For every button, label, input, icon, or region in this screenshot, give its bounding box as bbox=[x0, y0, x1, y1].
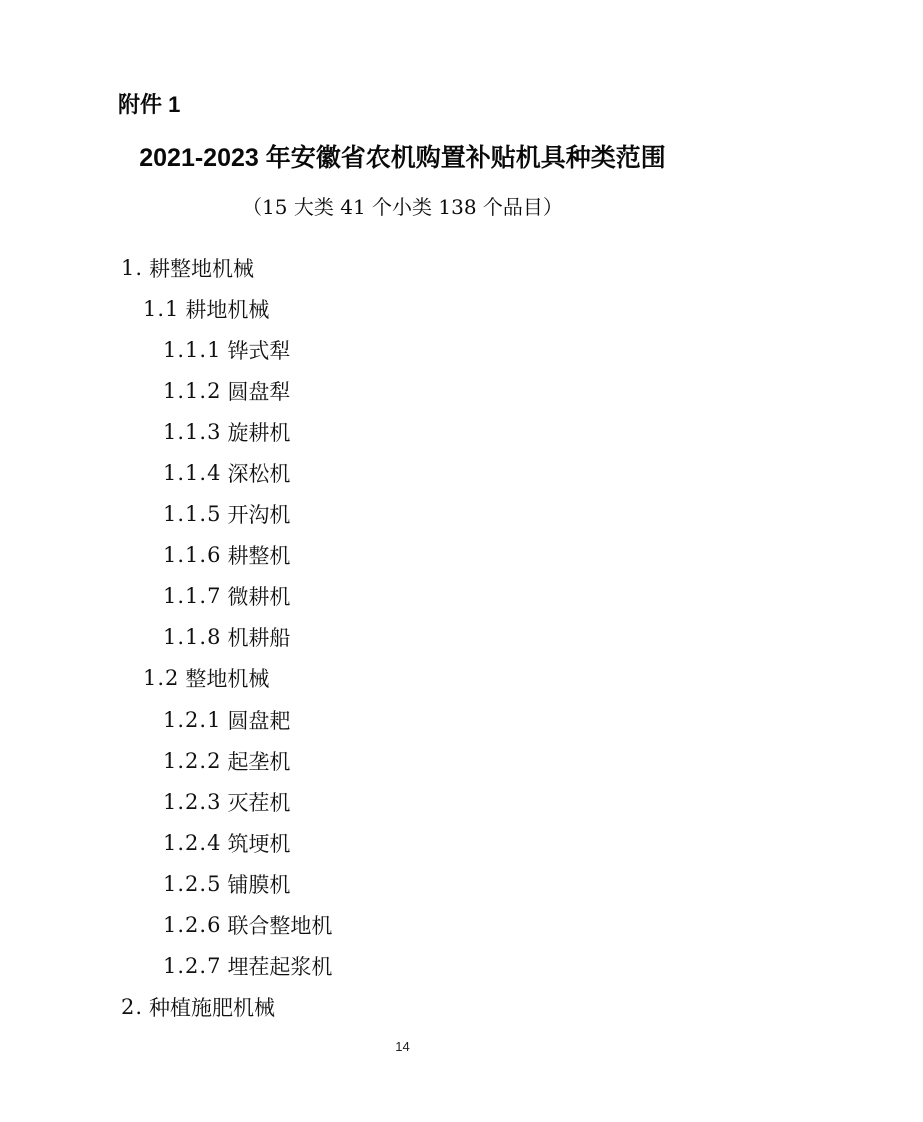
item-label: 起垄机 bbox=[227, 746, 290, 776]
item-number: 1.1.2 bbox=[163, 379, 221, 403]
item-label: 微耕机 bbox=[227, 581, 290, 611]
document-subtitle: （15 大类 41 个小类 138 个品目） bbox=[110, 194, 695, 220]
item-number: 1.2.4 bbox=[163, 831, 221, 855]
document-page: 附件 1 2021-2023 年安徽省农机购置补贴机具种类范围 （15 大类 4… bbox=[0, 0, 923, 1122]
list-item: 2.种植施肥机械 bbox=[121, 987, 332, 1028]
list-item: 1.1.3旋耕机 bbox=[121, 411, 332, 452]
item-label: 圆盘耙 bbox=[227, 705, 290, 735]
item-label: 种植施肥机械 bbox=[149, 992, 275, 1022]
item-label: 机耕船 bbox=[227, 622, 290, 652]
list-item: 1.1耕地机械 bbox=[121, 288, 332, 329]
item-number: 1.2.1 bbox=[163, 708, 221, 732]
item-number: 2. bbox=[121, 995, 143, 1019]
item-number: 1.2.6 bbox=[163, 913, 221, 937]
list-item: 1.2.6联合整地机 bbox=[121, 905, 332, 946]
list-item: 1.2.3灭茬机 bbox=[121, 781, 332, 822]
list-item: 1.2.5铺膜机 bbox=[121, 863, 332, 904]
item-label: 耕整机 bbox=[227, 540, 290, 570]
item-label: 圆盘犁 bbox=[227, 376, 290, 406]
item-label: 灭茬机 bbox=[227, 787, 290, 817]
item-number: 1.2.5 bbox=[163, 872, 221, 896]
document-title: 2021-2023 年安徽省农机购置补贴机具种类范围 bbox=[110, 143, 695, 173]
list-item: 1.2.2起垄机 bbox=[121, 740, 332, 781]
item-number: 1.1.1 bbox=[163, 338, 221, 362]
item-number: 1.1.6 bbox=[163, 543, 221, 567]
list-item: 1.1.7微耕机 bbox=[121, 576, 332, 617]
list-item: 1.1.6耕整机 bbox=[121, 535, 332, 576]
item-label: 铧式犁 bbox=[227, 335, 290, 365]
item-number: 1. bbox=[121, 256, 143, 280]
list-item: 1.2.1圆盘耙 bbox=[121, 699, 332, 740]
item-number: 1.1.5 bbox=[163, 502, 221, 526]
item-number: 1.2.2 bbox=[163, 749, 221, 773]
list-item: 1.1.4深松机 bbox=[121, 452, 332, 493]
item-label: 开沟机 bbox=[227, 499, 290, 529]
item-number: 1.1 bbox=[143, 297, 179, 321]
item-number: 1.1.8 bbox=[163, 625, 221, 649]
item-number: 1.2 bbox=[143, 666, 179, 690]
item-label: 埋茬起浆机 bbox=[227, 951, 332, 981]
item-number: 1.2.7 bbox=[163, 954, 221, 978]
attachment-label: 附件 1 bbox=[118, 92, 180, 118]
list-item: 1.2整地机械 bbox=[121, 658, 332, 699]
item-label: 筑埂机 bbox=[227, 828, 290, 858]
item-label: 深松机 bbox=[227, 458, 290, 488]
item-number: 1.2.3 bbox=[163, 790, 221, 814]
list-item: 1.2.7埋茬起浆机 bbox=[121, 946, 332, 987]
list-item: 1.1.2圆盘犁 bbox=[121, 370, 332, 411]
item-number: 1.1.7 bbox=[163, 584, 221, 608]
item-label: 耕整地机械 bbox=[149, 253, 254, 283]
item-label: 旋耕机 bbox=[227, 417, 290, 447]
item-number: 1.1.3 bbox=[163, 420, 221, 444]
list-item: 1.耕整地机械 bbox=[121, 247, 332, 288]
list-item: 1.1.8机耕船 bbox=[121, 617, 332, 658]
page-number: 14 bbox=[110, 1039, 695, 1054]
item-label: 耕地机械 bbox=[185, 294, 269, 324]
list-item: 1.1.5开沟机 bbox=[121, 494, 332, 535]
item-label: 联合整地机 bbox=[227, 910, 332, 940]
list-item: 1.1.1铧式犁 bbox=[121, 329, 332, 370]
category-list: 1.耕整地机械1.1耕地机械1.1.1铧式犁1.1.2圆盘犁1.1.3旋耕机1.… bbox=[121, 247, 332, 1028]
list-item: 1.2.4筑埂机 bbox=[121, 822, 332, 863]
item-label: 铺膜机 bbox=[227, 869, 290, 899]
item-label: 整地机械 bbox=[185, 663, 269, 693]
item-number: 1.1.4 bbox=[163, 461, 221, 485]
